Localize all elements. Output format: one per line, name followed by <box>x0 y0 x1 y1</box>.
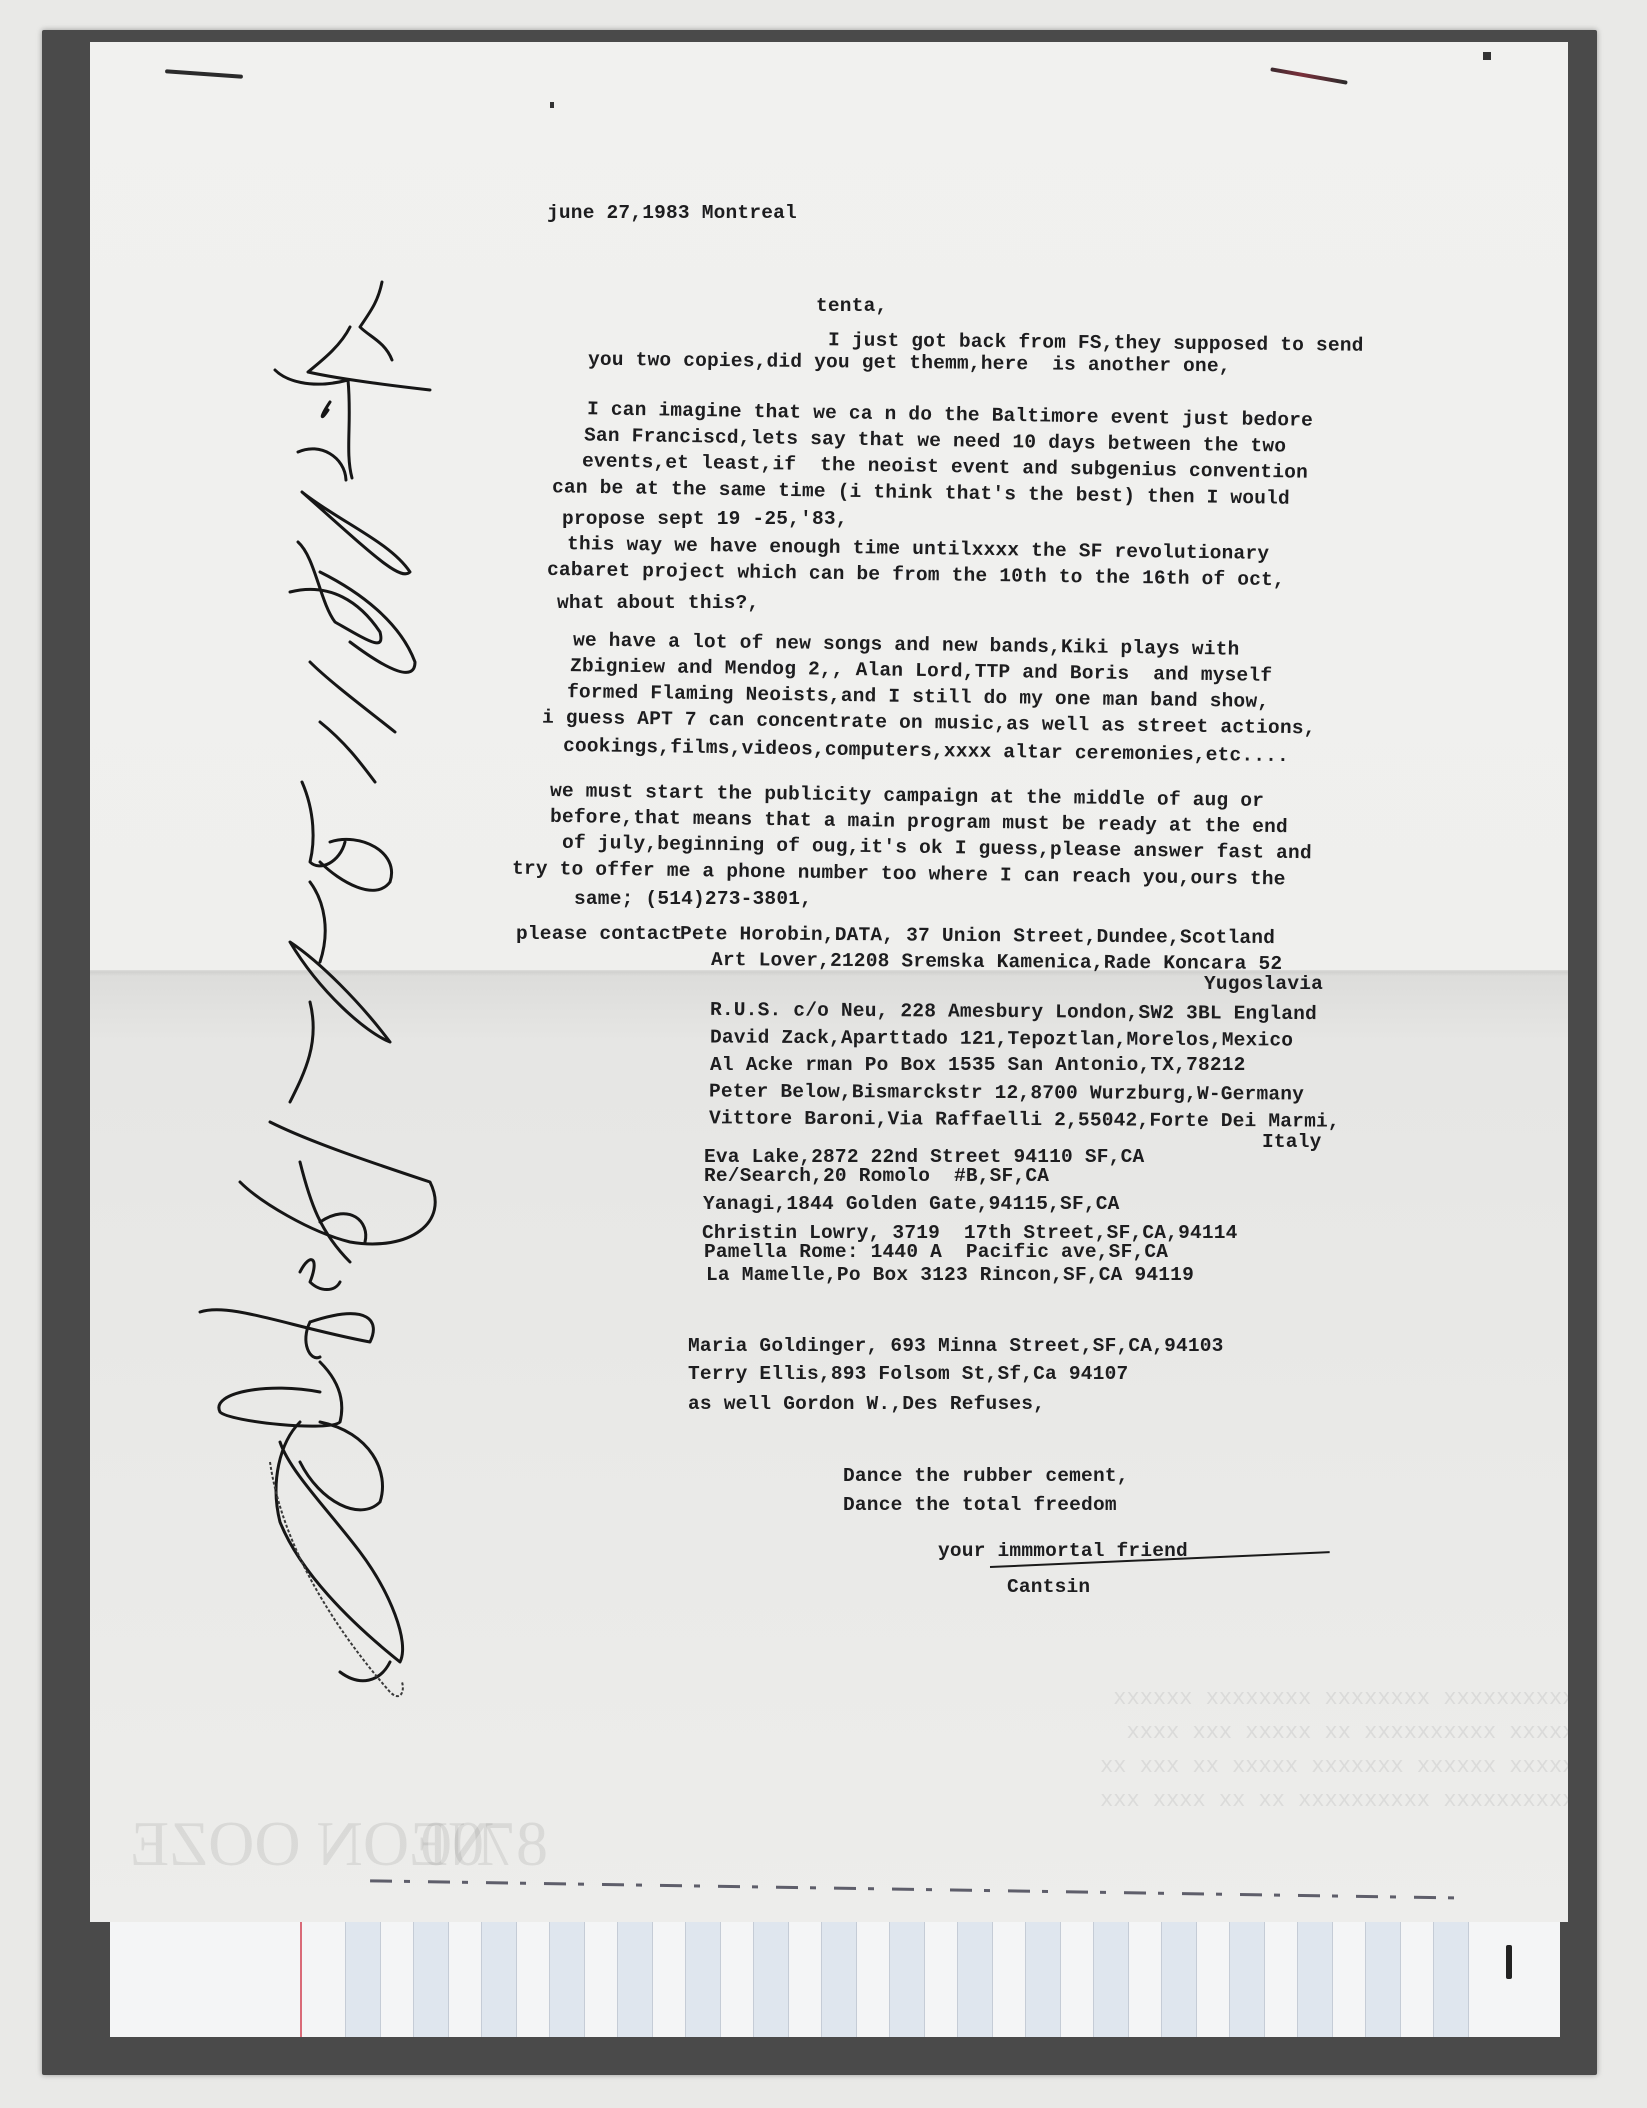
letter-page: NEON OOZE 8700 xxxxxxxxxx xxxxxxxx xxxxx… <box>90 42 1568 1922</box>
ledger-column <box>345 1915 381 2037</box>
binder-mark-left <box>165 69 243 78</box>
contact-line: Pamella Rome: 1440 A Pacific ave,SF,CA <box>704 1243 1168 1263</box>
closing-line: Dance the total freedom <box>843 1496 1117 1516</box>
contact-line: Italy <box>1262 1133 1322 1153</box>
ledger-column <box>1093 1915 1129 2037</box>
ledger-column <box>1161 1915 1197 2037</box>
contact-line: as well Gordon W.,Des Refuses, <box>688 1395 1045 1415</box>
contacts-intro: please contact <box>516 925 683 945</box>
salutation: tenta, <box>816 297 887 317</box>
ledger-column <box>821 1915 857 2037</box>
paragraph-4-line: cookings,films,videos,computers,xxxx alt… <box>563 737 1289 767</box>
show-through-text: xxxxxxxxxx xxxxxxxx xxxxxxxx xxxxxx xxxx… <box>1100 1682 1568 1818</box>
contact-line: Vittore Baroni,Via Raffaelli 2,55042,For… <box>709 1109 1340 1132</box>
ledger-column <box>413 1915 449 2037</box>
paragraph-1-line: you two copies,did you get themm,here is… <box>588 351 1231 377</box>
ledger-strip: |||: o: <box>110 1915 1560 2037</box>
paragraph-2-line: propose sept 19 -25,'83, <box>562 510 848 530</box>
paragraph-4-line: i guess APT 7 can concentrate on music,a… <box>542 709 1316 739</box>
tear-perforation <box>370 1879 1470 1899</box>
ledger-column <box>1365 1915 1401 2037</box>
contact-line: Maria Goldinger, 693 Minna Street,SF,CA,… <box>688 1337 1224 1357</box>
typed-signature: Cantsin <box>1007 1578 1090 1598</box>
binder-mark-right <box>1270 67 1348 84</box>
ledger-column <box>549 1915 585 2037</box>
ledger-column <box>1229 1915 1265 2037</box>
contact-line: La Mamelle,Po Box 3123 Rincon,SF,CA 9411… <box>706 1266 1194 1286</box>
contact-line: Pete Horobin,DATA, 37 Union Street,Dunde… <box>680 925 1275 949</box>
contact-line: David Zack,Aparttado 121,Tepoztlan,Morel… <box>710 1028 1293 1051</box>
contact-line: Yanagi,1844 Golden Gate,94115,SF,CA <box>703 1195 1120 1215</box>
ledger-tab <box>1506 1945 1512 1979</box>
contact-line: R.U.S. c/o Neu, 228 Amesbury London,SW2 … <box>710 1001 1317 1025</box>
ledger-column <box>753 1915 789 2037</box>
ink-dot <box>550 102 554 108</box>
ledger-column <box>685 1915 721 2037</box>
ledger-column <box>889 1915 925 2037</box>
handwritten-signature <box>170 242 490 1842</box>
paragraph-3-line: what about this?, <box>557 594 759 614</box>
ledger-margin-line-left <box>300 1915 302 2037</box>
paragraph-5-line: try to offer me a phone number too where… <box>512 860 1286 890</box>
paragraph-5-line: same; (514)273-3801, <box>574 890 812 910</box>
ink-dot <box>1483 52 1491 60</box>
contact-line: Art Lover,21208 Sremska Kamenica,Rade Ko… <box>711 951 1282 974</box>
contact-line: Al Acke rman Po Box 1535 San Antonio,TX,… <box>710 1056 1246 1076</box>
ledger-column <box>617 1915 653 2037</box>
ledger-column <box>1025 1915 1061 2037</box>
contact-line: Yugoslavia <box>1204 975 1323 995</box>
ledger-column <box>957 1915 993 2037</box>
ledger-column <box>1297 1915 1333 2037</box>
ledger-column <box>481 1915 517 2037</box>
paragraph-2-line: can be at the same time (i think that's … <box>552 478 1290 509</box>
contact-line: Re/Search,20 Romolo #B,SF,CA <box>704 1167 1049 1187</box>
contact-line: Peter Below,Bismarckstr 12,8700 Wurzburg… <box>709 1082 1304 1105</box>
contact-line: Terry Ellis,893 Folsom St,Sf,Ca 94107 <box>688 1365 1128 1385</box>
dateline: june 27,1983 Montreal <box>547 204 797 224</box>
ledger-column <box>1433 1915 1469 2037</box>
closing-line: Dance the rubber cement, <box>843 1467 1129 1487</box>
paragraph-3-line: cabaret project which can be from the 10… <box>547 561 1285 591</box>
